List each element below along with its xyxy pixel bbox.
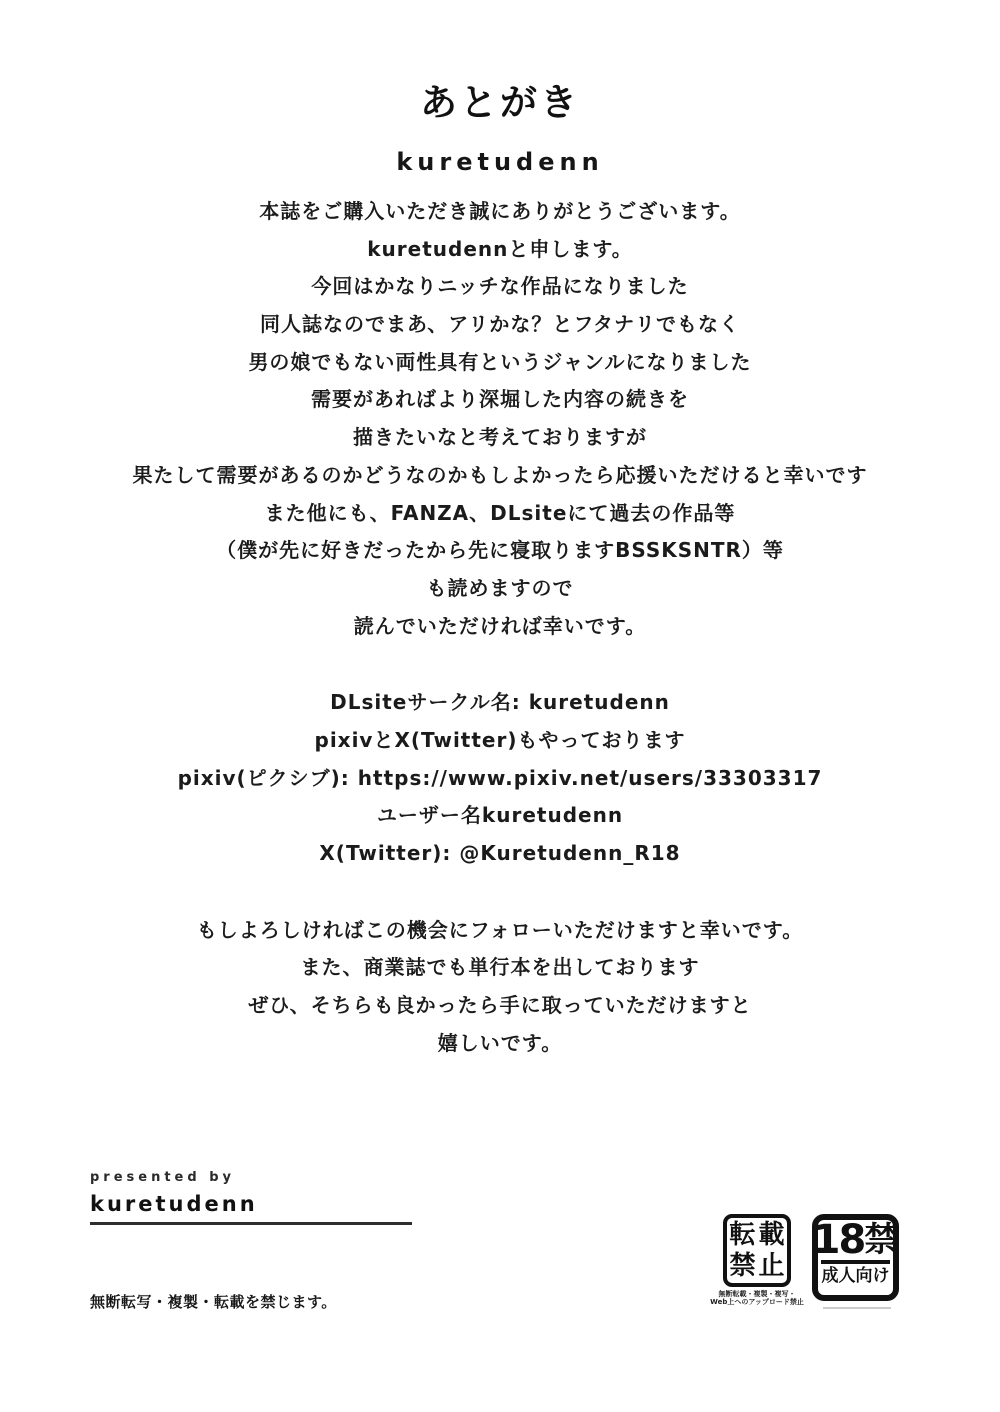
afterword-line: 嬉しいです。 [0,1025,1000,1063]
dlsite-circle-name: DLsiteサークル名: kuretudenn [0,684,1000,722]
no-repost-caption-line1: 無断転載・複製・複写・ [704,1290,810,1298]
afterword-line: 読んでいただければ幸いです。 [0,608,1000,646]
afterword-line: 果たして需要があるのかどうなのかもしよかったら応援いただけると幸いです [0,457,1000,495]
no-repost-char: 転 [729,1222,755,1248]
afterword-line: また、商業誌でも単行本を出しております [0,949,1000,987]
afterword-page: あとがき kuretudenn 本誌をご購入いただき誠にありがとうございます。 … [0,0,1000,1412]
no-repost-char: 禁 [729,1253,755,1279]
credit-underline [90,1222,412,1225]
afterword-line: （僕が先に好きだったから先に寝取りますBSSKSNTR）等 [0,532,1000,570]
pixiv-username: ユーザー名kuretudenn [0,797,1000,835]
no-repost-caption: 無断転載・複製・複写・ Web上へのアップロード禁止 [704,1290,810,1306]
afterword-body: 本誌をご購入いただき誠にありがとうございます。 kuretudennと申します。… [0,193,1000,1062]
paragraph-closing: もしよろしければこの機会にフォローいただけますと幸いです。 また、商業誌でも単行… [0,912,1000,1063]
no-repost-badge: 転 載 禁 止 無断転載・複製・複写・ Web上へのアップロード禁止 [704,1214,810,1306]
afterword-line: 描きたいなと考えておりますが [0,419,1000,457]
presented-by-label: presented by [90,1170,420,1185]
afterword-line: 需要があればより深堀した内容の続きを [0,381,1000,419]
adult-badge-kanji: 禁 [864,1220,898,1260]
adult-badge-top: 18 禁 [818,1220,893,1260]
afterword-line: 男の娘でもない両性具有というジャンルになりました [0,344,1000,382]
paragraph-contact-info: DLsiteサークル名: kuretudenn pixivとX(Twitter)… [0,684,1000,872]
afterword-line: 本誌をご購入いただき誠にありがとうございます。 [0,193,1000,231]
twitter-handle: X(Twitter): @Kuretudenn_R18 [0,835,1000,873]
credit-author-name: kuretudenn [90,1192,420,1216]
no-repost-char: 止 [758,1253,784,1279]
credit-block: presented by kuretudenn [90,1170,420,1225]
afterword-line: も読めますので [0,570,1000,608]
afterword-line: 同人誌なのでまあ、アリかな？とフタナリでもなく [0,306,1000,344]
afterword-line: pixivとX(Twitter)もやっております [0,722,1000,760]
pixiv-url: pixiv(ピクシブ): https://www.pixiv.net/users… [0,760,1000,798]
adult-badge-shadow [823,1307,891,1309]
no-repost-caption-line2: Web上へのアップロード禁止 [704,1298,810,1306]
no-repost-char: 載 [758,1222,784,1248]
afterword-line: kuretudennと申します。 [0,231,1000,269]
adult-only-badge: 18 禁 成人向け [812,1214,899,1301]
copyright-notice: 無断転写・複製・転載を禁じます。 [90,1291,337,1312]
no-repost-stamp-box: 転 載 禁 止 [723,1214,791,1287]
afterword-line: ぜひ、そちらも良かったら手に取っていただけますと [0,987,1000,1025]
afterword-line: もしよろしければこの機会にフォローいただけますと幸いです。 [0,912,1000,950]
page-title: あとがき [0,72,1000,126]
adult-badge-label: 成人向け [818,1265,893,1287]
adult-badge-number: 18 [813,1220,865,1260]
afterword-line: また他にも、FANZA、DLsiteにて過去の作品等 [0,495,1000,533]
paragraph-greeting: 本誌をご購入いただき誠にありがとうございます。 kuretudennと申します。… [0,193,1000,645]
author-name: kuretudenn [0,148,1000,176]
afterword-line: 今回はかなりニッチな作品になりました [0,268,1000,306]
